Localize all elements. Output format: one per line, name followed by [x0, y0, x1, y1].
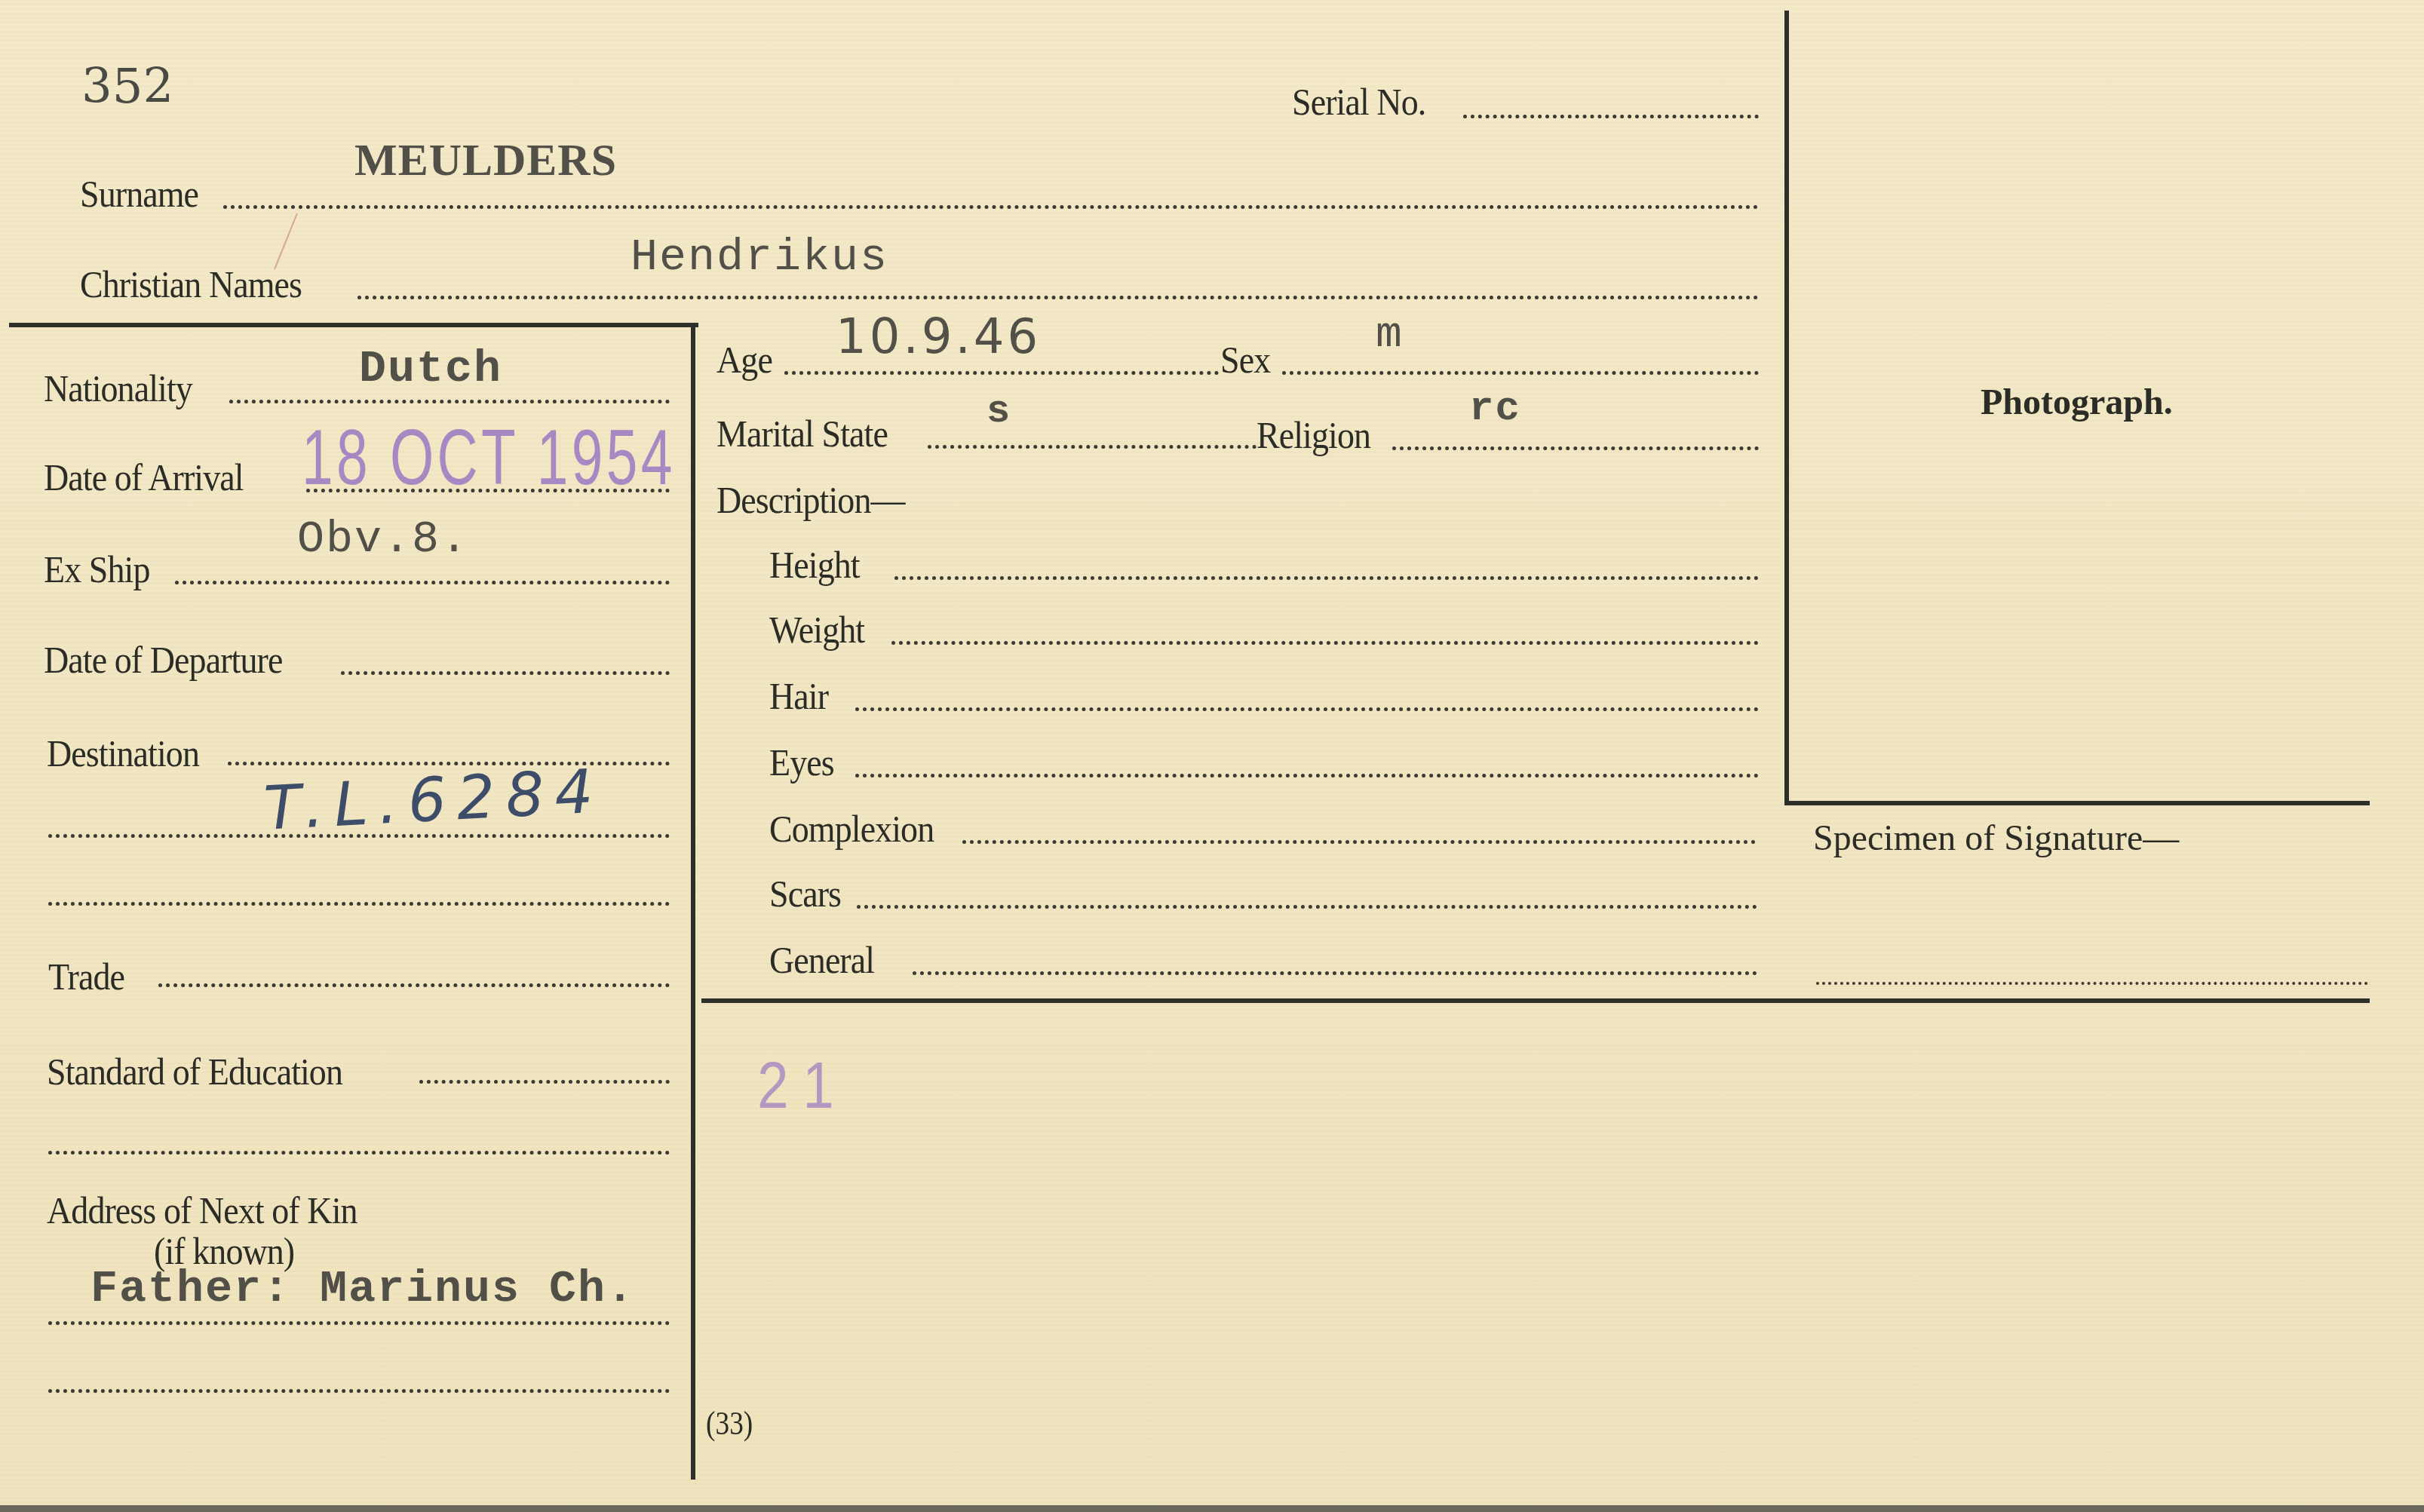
trade-field[interactable]: [158, 983, 670, 987]
scars-label: Scars: [769, 872, 841, 915]
left-panel-divider: [691, 323, 695, 1480]
trade-label: Trade: [48, 955, 124, 998]
destination-field-line-2[interactable]: [48, 834, 670, 838]
card-number: 352: [81, 59, 173, 115]
eyes-field[interactable]: [855, 774, 1759, 777]
age-field[interactable]: [784, 371, 1219, 375]
card-bottom-edge: [0, 1505, 2424, 1512]
standard-of-education-field-line-2[interactable]: [48, 1151, 670, 1155]
next-of-kin-field[interactable]: [48, 1321, 670, 1325]
destination-field-line-3[interactable]: [48, 902, 670, 906]
description-bottom-rule: [701, 998, 2370, 1003]
form-code: (33): [706, 1404, 753, 1443]
next-of-kin-field-line-2[interactable]: [48, 1389, 670, 1393]
religion-field[interactable]: [1392, 446, 1759, 450]
marital-state-value: s: [986, 389, 1011, 434]
nationality-value: Dutch: [359, 344, 502, 395]
description-label: Description—: [716, 478, 905, 522]
christian-names-label: Christian Names: [80, 262, 302, 306]
complexion-field[interactable]: [962, 840, 1756, 844]
age-label: Age: [716, 338, 772, 382]
general-field[interactable]: [913, 971, 1757, 975]
religion-label: Religion: [1256, 413, 1370, 457]
surname-field[interactable]: [223, 205, 1759, 209]
weight-field[interactable]: [891, 641, 1759, 645]
top-left-rule: [9, 323, 698, 327]
age-value: 10.9.46: [836, 309, 1041, 365]
destination-label: Destination: [47, 731, 199, 775]
date-of-arrival-label: Date of Arrival: [44, 455, 244, 499]
complexion-label: Complexion: [769, 807, 934, 851]
sex-value: m: [1376, 311, 1404, 360]
scars-field[interactable]: [857, 905, 1757, 909]
nationality-label: Nationality: [44, 366, 192, 410]
hair-field[interactable]: [855, 707, 1759, 711]
sex-label: Sex: [1220, 338, 1270, 382]
serial-no-field[interactable]: [1463, 115, 1759, 118]
height-label: Height: [769, 543, 860, 587]
specimen-of-signature-label: Specimen of Signature—: [1813, 817, 2179, 859]
photo-box-bottom-rule: [1784, 801, 2370, 805]
next-of-kin-label: Address of Next of Kin: [47, 1188, 357, 1232]
ex-ship-label: Ex Ship: [44, 547, 150, 591]
marital-state-field[interactable]: [928, 445, 1256, 449]
date-of-departure-label: Date of Departure: [44, 638, 282, 682]
date-of-arrival-field[interactable]: [306, 489, 670, 492]
date-of-departure-field[interactable]: [341, 671, 670, 675]
weight-label: Weight: [769, 608, 864, 652]
surname-value: MEULDERS: [354, 134, 617, 186]
nationality-field[interactable]: [229, 400, 670, 403]
height-field[interactable]: [894, 576, 1759, 580]
religion-value: rc: [1469, 386, 1521, 432]
standard-of-education-label: Standard of Education: [47, 1050, 342, 1093]
christian-names-value: Hendrikus: [631, 232, 888, 284]
sex-field[interactable]: [1282, 371, 1759, 375]
photograph-area: [1790, 11, 2368, 801]
eyes-label: Eyes: [769, 741, 834, 784]
standard-of-education-field[interactable]: [419, 1080, 670, 1084]
photo-box-left-rule: [1784, 11, 1789, 804]
signature-field[interactable]: [1816, 982, 2368, 985]
surname-label: Surname: [80, 172, 198, 216]
christian-names-field[interactable]: [357, 296, 1759, 299]
registration-card: 352 Serial No. MEULDERS Surname Hendriku…: [0, 0, 2424, 1512]
marital-state-label: Marital State: [716, 412, 888, 455]
hair-label: Hair: [769, 674, 828, 718]
ex-ship-value: Obv.8.: [297, 514, 469, 566]
serial-no-label: Serial No.: [1292, 80, 1425, 124]
next-of-kin-value: Father: Marinus Ch.: [91, 1264, 635, 1315]
ex-ship-field[interactable]: [175, 581, 670, 584]
general-label: General: [769, 938, 874, 982]
pencil-mark: [274, 213, 298, 270]
bottom-stamp-number: 21: [757, 1047, 848, 1124]
destination-value: T.L.6284: [262, 756, 606, 843]
